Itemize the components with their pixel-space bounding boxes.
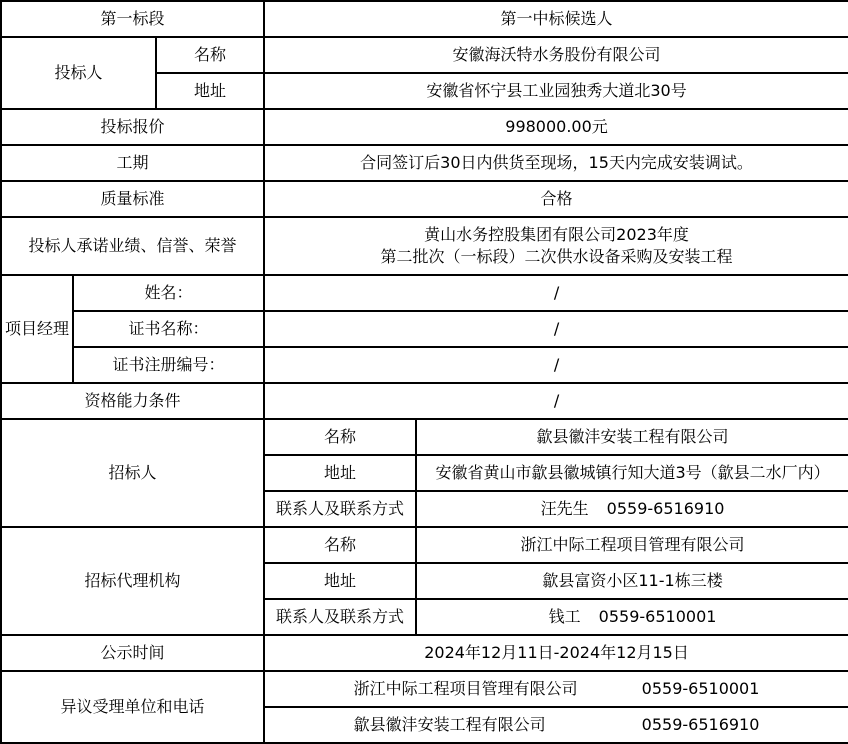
publicity-value-cell: 2024年12月11日-2024年12月15日 — [264, 635, 848, 671]
quality-label-cell: 质量标准 — [1, 181, 264, 217]
promise-value-cell: 黄山水务控股集团有限公司2023年度 第二批次（一标段）二次供水设备采购及安装工… — [264, 217, 848, 275]
agency-contact-value-cell: 钱工0559-6510001 — [416, 599, 848, 635]
table-row: 证书名称： / — [1, 311, 848, 347]
duration-label-cell: 工期 — [1, 145, 264, 181]
agency-addr-label-cell: 地址 — [264, 563, 416, 599]
objection-phone-1: 0559-6510001 — [642, 679, 760, 698]
objection-label-cell: 异议受理单位和电话 — [1, 671, 264, 743]
qualification-label-cell: 资格能力条件 — [1, 383, 264, 419]
project-manager-label-cell: 项目经理 — [1, 275, 73, 383]
table-row: 公示时间 2024年12月11日-2024年12月15日 — [1, 635, 848, 671]
pm-cert-name-value-cell: / — [264, 311, 848, 347]
agency-contact-label-cell: 联系人及联系方式 — [264, 599, 416, 635]
objection-unit-2: 歙县徽沣安装工程有限公司 — [354, 714, 642, 736]
bid-price-value-cell: 998000.00元 — [264, 109, 848, 145]
agency-addr-value-cell: 歙县富资小区11-1栋三楼 — [416, 563, 848, 599]
table-row: 质量标准 合格 — [1, 181, 848, 217]
table-row: 工期 合同签订后30日内供货至现场，15天内完成安装调试。 — [1, 145, 848, 181]
bid-price-label-cell: 投标报价 — [1, 109, 264, 145]
table-row: 证书注册编号： / — [1, 347, 848, 383]
duration-value-cell: 合同签订后30日内供货至现场，15天内完成安装调试。 — [264, 145, 848, 181]
pm-name-label-cell: 姓名： — [73, 275, 264, 311]
qualification-value-cell: / — [264, 383, 848, 419]
table-row: 资格能力条件 / — [1, 383, 848, 419]
agency-name-label-cell: 名称 — [264, 527, 416, 563]
objection-row-2-cell: 歙县徽沣安装工程有限公司0559-6516910 — [264, 707, 848, 743]
promise-line2: 第二批次（一标段）二次供水设备采购及安装工程 — [267, 246, 846, 268]
tenderee-label-cell: 招标人 — [1, 419, 264, 527]
tenderee-name-value-cell: 歙县徽沣安装工程有限公司 — [416, 419, 848, 455]
table-row: 异议受理单位和电话 浙江中际工程项目管理有限公司0559-6510001 — [1, 671, 848, 707]
objection-row-1-cell: 浙江中际工程项目管理有限公司0559-6510001 — [264, 671, 848, 707]
tenderee-phone: 0559-6516910 — [607, 499, 725, 518]
publicity-label-cell: 公示时间 — [1, 635, 264, 671]
objection-phone-2: 0559-6516910 — [642, 715, 760, 734]
pm-cert-no-label-cell: 证书注册编号： — [73, 347, 264, 383]
tenderee-addr-value-cell: 安徽省黄山市歙县徽城镇行知大道3号（歙县二水厂内） — [416, 455, 848, 491]
pm-name-value-cell: / — [264, 275, 848, 311]
agency-name-value-cell: 浙江中际工程项目管理有限公司 — [416, 527, 848, 563]
tenderee-contact-value-cell: 汪先生0559-6516910 — [416, 491, 848, 527]
table-row: 投标人 名称 安徽海沃特水务股份有限公司 — [1, 37, 848, 73]
bidder-label-cell: 投标人 — [1, 37, 156, 109]
pm-cert-name-label-cell: 证书名称： — [73, 311, 264, 347]
tenderee-contact-person: 汪先生 — [541, 499, 589, 518]
candidate-label-cell: 第一中标候选人 — [264, 1, 848, 37]
table-row: 招标人 名称 歙县徽沣安装工程有限公司 — [1, 419, 848, 455]
table-row: 第一标段 第一中标候选人 — [1, 1, 848, 37]
agency-contact-person: 钱工 — [549, 607, 581, 626]
table-row: 投标人承诺业绩、信誉、荣誉 黄山水务控股集团有限公司2023年度 第二批次（一标… — [1, 217, 848, 275]
table-row: 投标报价 998000.00元 — [1, 109, 848, 145]
tenderee-name-label-cell: 名称 — [264, 419, 416, 455]
table-row: 招标代理机构 名称 浙江中际工程项目管理有限公司 — [1, 527, 848, 563]
objection-unit-1: 浙江中际工程项目管理有限公司 — [354, 678, 642, 700]
agency-phone: 0559-6510001 — [599, 607, 717, 626]
promise-line1: 黄山水务控股集团有限公司2023年度 — [267, 224, 846, 246]
tenderee-addr-label-cell: 地址 — [264, 455, 416, 491]
bidder-name-label-cell: 名称 — [156, 37, 264, 73]
bid-candidate-table: 第一标段 第一中标候选人 投标人 名称 安徽海沃特水务股份有限公司 地址 安徽省… — [0, 0, 848, 744]
promise-label-cell: 投标人承诺业绩、信誉、荣誉 — [1, 217, 264, 275]
agency-label-cell: 招标代理机构 — [1, 527, 264, 635]
tenderee-contact-label-cell: 联系人及联系方式 — [264, 491, 416, 527]
bidder-addr-value-cell: 安徽省怀宁县工业园独秀大道北30号 — [264, 73, 848, 109]
bidder-name-value-cell: 安徽海沃特水务股份有限公司 — [264, 37, 848, 73]
table-row: 项目经理 姓名： / — [1, 275, 848, 311]
bidder-addr-label-cell: 地址 — [156, 73, 264, 109]
section-label-cell: 第一标段 — [1, 1, 264, 37]
pm-cert-no-value-cell: / — [264, 347, 848, 383]
quality-value-cell: 合格 — [264, 181, 848, 217]
